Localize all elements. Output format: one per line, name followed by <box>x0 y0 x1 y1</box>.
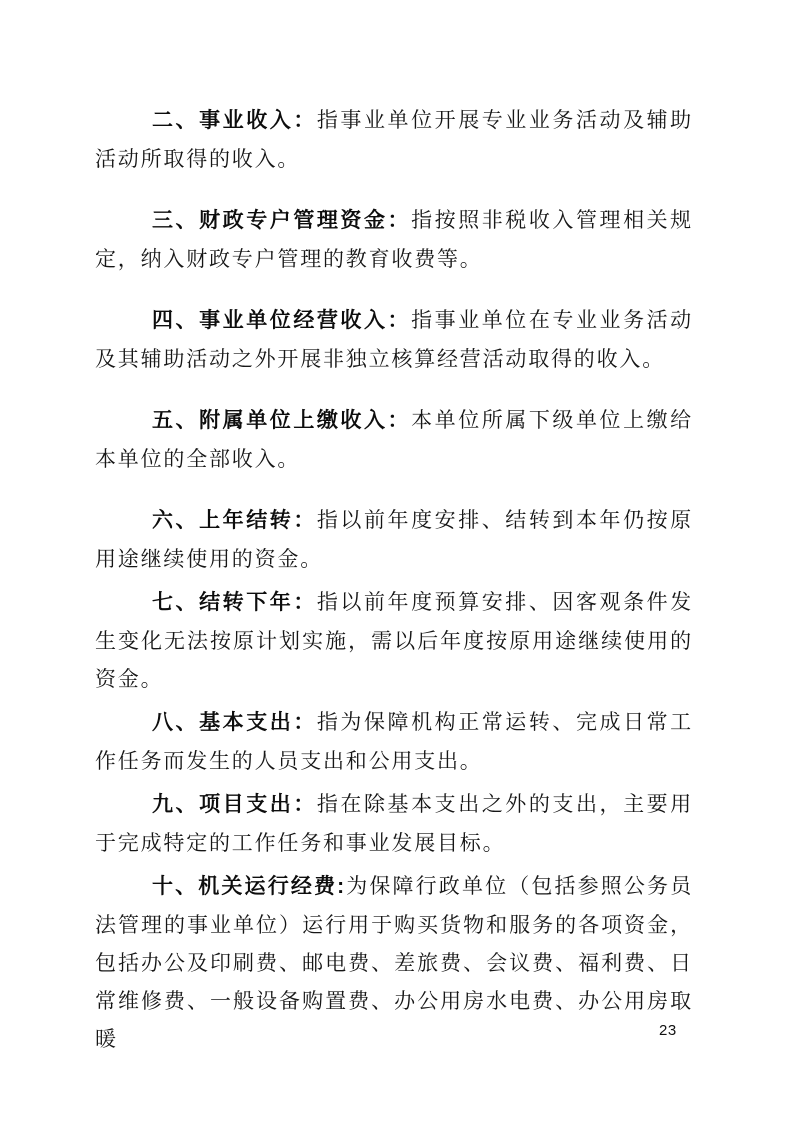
definition-paragraph: 五、附属单位上缴收入：本单位所属下级单位上缴给本单位的全部收入。 <box>95 401 693 478</box>
definition-term: 七、结转下年： <box>152 591 317 614</box>
definition-term: 二、事业收入： <box>152 109 317 132</box>
page-number: 23 <box>659 1021 677 1041</box>
definition-paragraph: 十、机关运行经费:为保障行政单位（包括参照公务员法管理的事业单位）运行用于购买货… <box>95 867 693 1058</box>
definition-paragraph: 七、结转下年：指以前年度预算安排、因客观条件发生变化无法按原计划实施，需以后年度… <box>95 583 693 698</box>
definition-term: 六、上年结转： <box>152 509 317 532</box>
definition-term: 十、机关运行经费: <box>152 875 346 898</box>
definition-term: 五、附属单位上缴收入： <box>152 409 411 432</box>
definition-paragraph: 八、基本支出：指为保障机构正常运转、完成日常工作任务而发生的人员支出和公用支出。 <box>95 703 693 780</box>
definition-paragraph: 二、事业收入：指事业单位开展专业业务活动及辅助活动所取得的收入。 <box>95 101 693 178</box>
definition-paragraph: 六、上年结转：指以前年度安排、结转到本年仍按原用途继续使用的资金。 <box>95 501 693 578</box>
definition-term: 四、事业单位经营收入： <box>152 309 411 332</box>
definition-paragraph: 三、财政专户管理资金：指按照非税收入管理相关规定，纳入财政专户管理的教育收费等。 <box>95 201 693 278</box>
document-page: 二、事业收入：指事业单位开展专业业务活动及辅助活动所取得的收入。 三、财政专户管… <box>0 0 793 1122</box>
definition-text: 为保障行政单位（包括参照公务员法管理的事业单位）运行用于购买货物和服务的各项资金… <box>95 874 693 1051</box>
definition-term: 三、财政专户管理资金： <box>152 209 411 232</box>
document-body: 二、事业收入：指事业单位开展专业业务活动及辅助活动所取得的收入。 三、财政专户管… <box>95 101 693 1058</box>
definition-term: 八、基本支出： <box>152 711 317 734</box>
definition-paragraph: 四、事业单位经营收入：指事业单位在专业业务活动及其辅助活动之外开展非独立核算经营… <box>95 301 693 378</box>
definition-paragraph: 九、项目支出：指在除基本支出之外的支出，主要用于完成特定的工作任务和事业发展目标… <box>95 785 693 862</box>
definition-term: 九、项目支出： <box>152 793 317 816</box>
